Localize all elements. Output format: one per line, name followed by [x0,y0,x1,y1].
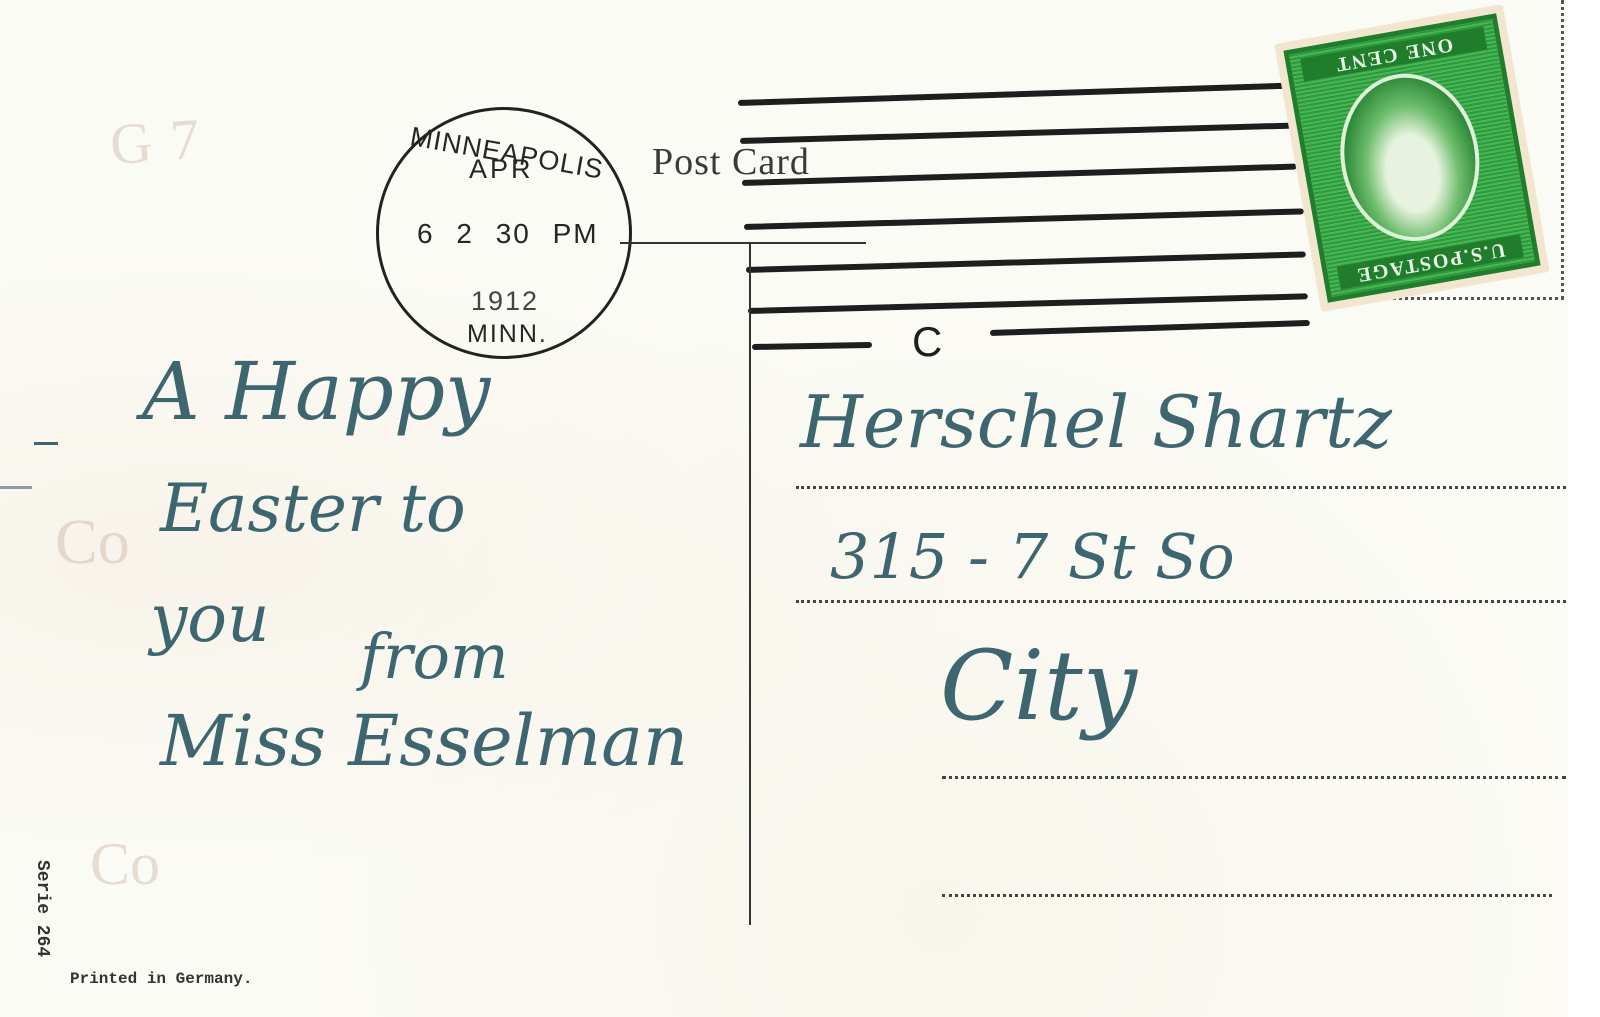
cancel-letter: C [912,318,942,366]
postcard-back: G 7 Co Co MINNEAPOLIS APR 6 2 30 PM 1912… [0,0,1568,1017]
series-number: Serie 264 [32,860,52,957]
bleed-through-mark: Co [90,830,160,899]
recipient-street: 315 - 7 St So [830,520,1235,593]
divider-vertical [749,243,751,925]
stamp-country-label: U.S.POSTAGE [1337,234,1524,289]
postmark-circle: MINNEAPOLIS APR 6 2 30 PM 1912 MINN. [376,107,632,359]
cancel-line [748,293,1308,314]
postmark-month: APR [469,154,534,185]
address-line [942,776,1566,779]
stamp-denomination-label: ONE CENT [1300,27,1487,82]
cancel-line [738,82,1298,106]
cancel-line [752,342,872,350]
stamp-engraving: U.S.POSTAGE ONE CENT [1283,13,1540,303]
cancel-line [744,208,1304,230]
ink-mark [0,486,32,489]
message-line: from [360,620,509,693]
message-line: A Happy [142,345,490,438]
address-line [796,600,1566,603]
ink-mark [34,442,58,445]
bleed-through-mark: Co [55,505,130,579]
printed-in-label: Printed in Germany. [70,970,252,988]
message-signature: Miss Esselman [160,700,688,782]
message-line: you [150,580,270,657]
recipient-name: Herschel Shartz [800,380,1392,464]
address-line [942,894,1552,897]
postmark-year: 1912 [471,286,539,317]
recipient-city: City [940,630,1137,742]
portrait-icon [1327,63,1492,252]
scan-margin [1568,0,1600,1017]
cancel-line [990,320,1310,336]
post-card-heading: Post Card [652,140,810,184]
cancel-line [742,164,1297,186]
message-line: Easter to [160,470,466,547]
postmark-time: 6 2 30 PM [417,218,599,250]
cancel-line [746,251,1306,273]
cancel-line [740,123,1295,144]
bleed-through-mark: G 7 [108,105,204,178]
postage-stamp: U.S.POSTAGE ONE CENT [1274,4,1550,312]
divider-horizontal [620,242,866,244]
address-line [796,486,1566,489]
